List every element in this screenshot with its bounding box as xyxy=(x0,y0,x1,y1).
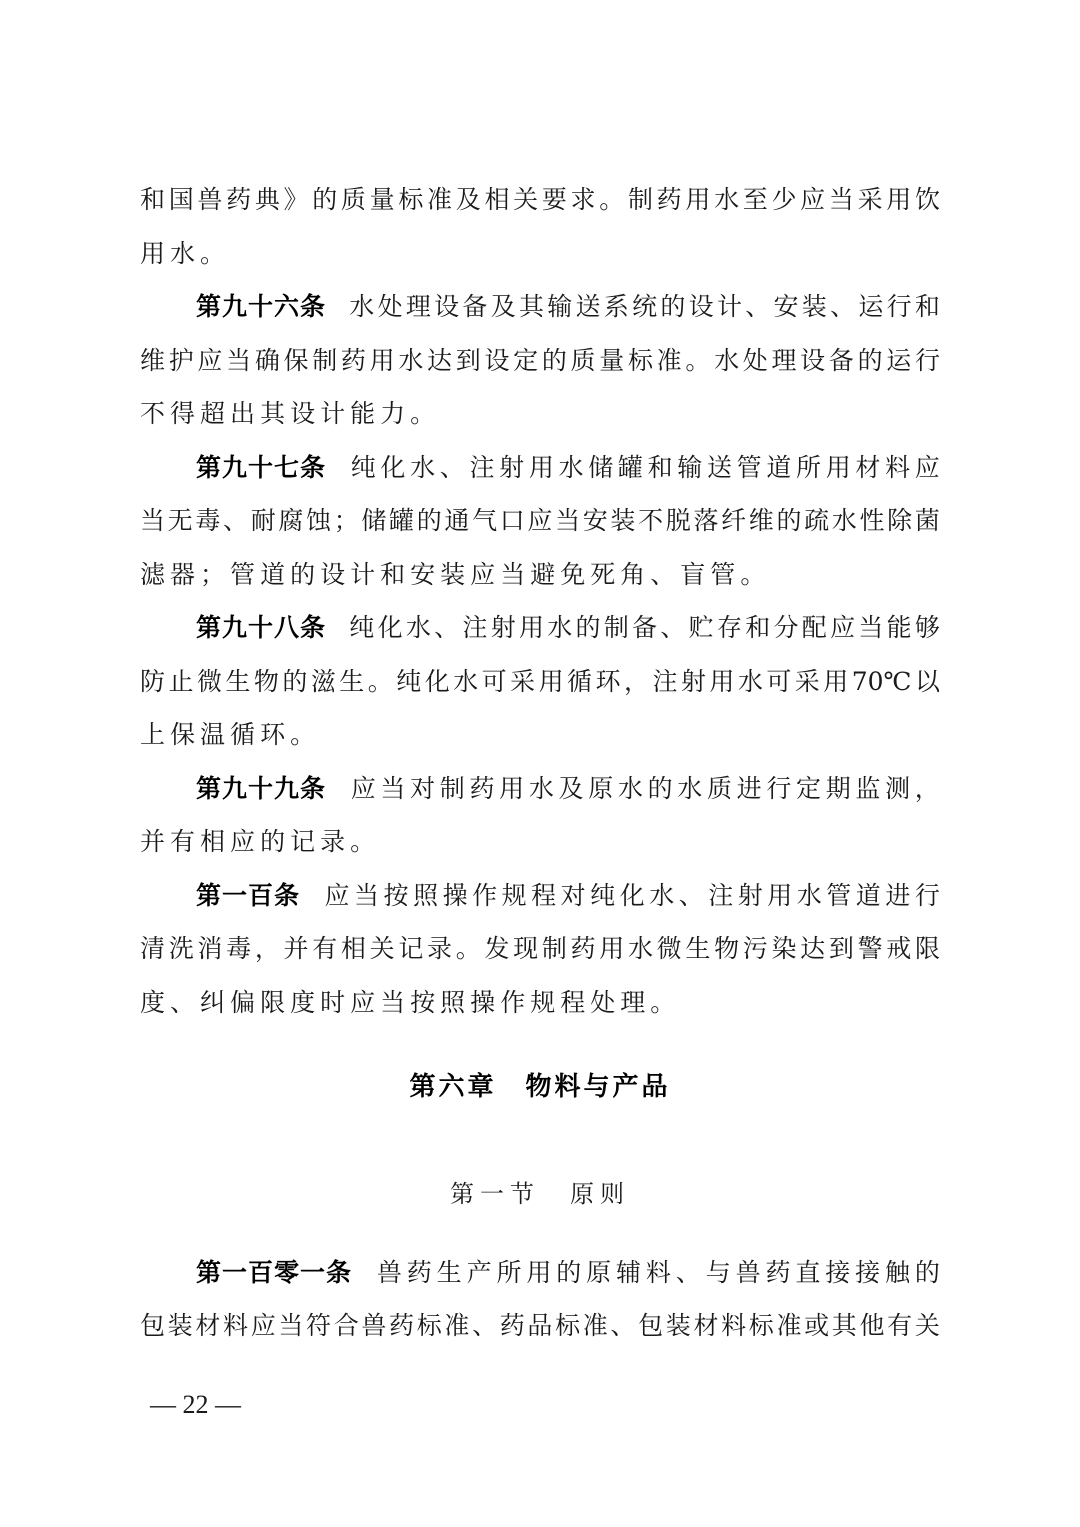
article-heading-line: 第九十六条水处理设备及其输送系统的设计、安装、运行和 xyxy=(196,287,940,327)
text-line: 防止微生物的滋生。纯化水可采用循环，注射用水可采用70℃以 xyxy=(140,662,940,702)
article-heading-line: 第九十七条纯化水、注射用水储罐和输送管道所用材料应 xyxy=(196,448,940,488)
article-heading-line: 第九十八条纯化水、注射用水的制备、贮存和分配应当能够 xyxy=(196,608,940,648)
page-number: — 22 — xyxy=(150,1390,241,1420)
text-line: 滤器；管道的设计和安装应当避免死角、盲管。 xyxy=(140,555,940,595)
chapter-heading: 第六章 物料与产品 xyxy=(0,1066,1080,1103)
section-heading: 第一节 原则 xyxy=(0,1174,1080,1209)
text-line: 维护应当确保制药用水达到设定的质量标准。水处理设备的运行 xyxy=(140,341,940,381)
text-line: 上保温循环。 xyxy=(140,715,940,755)
article-number: 第九十七条 xyxy=(196,448,326,488)
article-heading-line: 第一百条应当按照操作规程对纯化水、注射用水管道进行 xyxy=(196,876,940,916)
article-number: 第九十九条 xyxy=(196,769,326,809)
article-number: 第一百零一条 xyxy=(196,1253,352,1293)
article-number: 第一百条 xyxy=(196,876,300,916)
text-line: 包装材料应当符合兽药标准、药品标准、包装材料标准或其他有关 xyxy=(140,1306,940,1346)
text-line: 度、纠偏限度时应当按照操作规程处理。 xyxy=(140,983,940,1023)
text-line: 当无毒、耐腐蚀；储罐的通气口应当安装不脱落纤维的疏水性除菌 xyxy=(140,501,940,541)
text-line: 清洗消毒，并有相关记录。发现制药用水微生物污染达到警戒限 xyxy=(140,929,940,969)
text-line: 用水。 xyxy=(140,234,940,274)
article-number: 第九十八条 xyxy=(196,608,326,648)
text-line: 不得超出其设计能力。 xyxy=(140,394,940,434)
article-heading-line: 第九十九条应当对制药用水及原水的水质进行定期监测， xyxy=(196,769,940,809)
article-number: 第九十六条 xyxy=(196,287,326,327)
text-line: 并有相应的记录。 xyxy=(140,822,940,862)
document-page: 和国兽药典》的质量标准及相关要求。制药用水至少应当采用饮用水。第九十六条水处理设… xyxy=(0,0,1080,1527)
article-heading-line: 第一百零一条兽药生产所用的原辅料、与兽药直接接触的 xyxy=(196,1253,940,1293)
text-line: 和国兽药典》的质量标准及相关要求。制药用水至少应当采用饮 xyxy=(140,180,940,220)
